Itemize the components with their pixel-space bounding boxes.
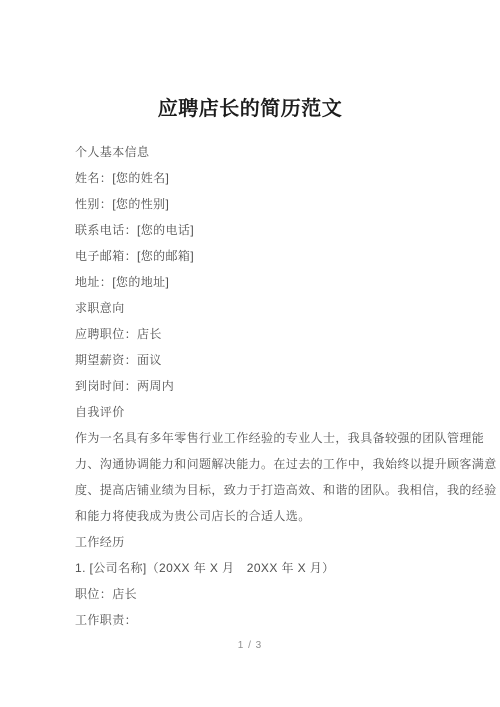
line-personal-info-heading: 个人基本信息: [75, 139, 435, 165]
document-page: 应聘店长的简历范文 个人基本信息 姓名：[您的姓名] 性别：[您的性别] 联系电…: [0, 0, 500, 707]
line-address: 地址：[您的地址]: [75, 269, 435, 295]
line-self-eval-text-2: 力、沟通协调能力和问题解决能力。在过去的工作中，我始终以提升顾客满意: [75, 451, 435, 477]
line-self-eval-text-4: 和能力将使我成为贵公司店长的合适人选。: [75, 503, 435, 529]
line-start-date: 到岗时间：两周内: [75, 373, 435, 399]
line-position-applied: 应聘职位：店长: [75, 321, 435, 347]
page-title: 应聘店长的简历范文: [0, 98, 500, 120]
line-work-exp-heading: 工作经历: [75, 529, 435, 555]
line-self-eval-text-1: 作为一名具有多年零售行业工作经验的专业人士，我具备较强的团队管理能: [75, 425, 435, 451]
document-body: 个人基本信息 姓名：[您的姓名] 性别：[您的性别] 联系电话：[您的电话] 电…: [75, 139, 435, 633]
line-job-title: 职位：店长: [75, 581, 435, 607]
page-number: 1 / 3: [0, 640, 500, 652]
line-email: 电子邮箱：[您的邮箱]: [75, 243, 435, 269]
line-self-eval-text-3: 度、提高店铺业绩为目标，致力于打造高效、和谐的团队。我相信，我的经验: [75, 477, 435, 503]
line-name: 姓名：[您的姓名]: [75, 165, 435, 191]
line-expected-salary: 期望薪资：面议: [75, 347, 435, 373]
line-job-intent-heading: 求职意向: [75, 295, 435, 321]
line-duties-heading: 工作职责：: [75, 607, 435, 633]
line-gender: 性别：[您的性别]: [75, 191, 435, 217]
line-phone: 联系电话：[您的电话]: [75, 217, 435, 243]
line-self-eval-heading: 自我评价: [75, 399, 435, 425]
line-company-dates: 1. [公司名称]（20XX 年 X 月 20XX 年 X 月）: [75, 555, 435, 581]
